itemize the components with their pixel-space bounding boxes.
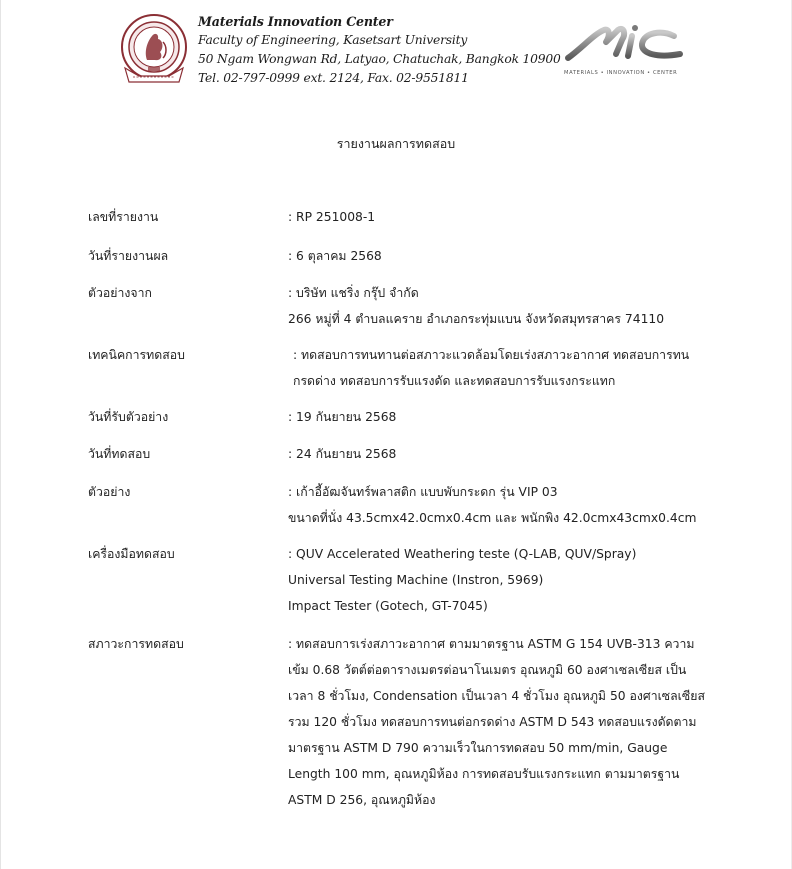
field-value: : QUV Accelerated Weathering teste (Q-LA… (288, 541, 708, 619)
field-value-line: ASTM D 256, อุณหภูมิห้อง (288, 787, 708, 813)
org-contact: Tel. 02-797-0999 ext. 2124, Fax. 02-9551… (198, 69, 561, 88)
field-value-line: : เก้าอี้อัฒจันทร์พลาสติก แบบพับกระดก รุ… (288, 479, 708, 505)
field-value: : ทดสอบการทนทานต่อสภาวะแวดล้อมโดยเร่งสภา… (293, 342, 713, 394)
field-value: : ทดสอบการเร่งสภาวะอากาศ ตามมาตรฐาน ASTM… (288, 631, 708, 813)
field-label: สภาวะการทดสอบ (88, 631, 184, 657)
field-value-line: : ทดสอบการเร่งสภาวะอากาศ ตามมาตรฐาน ASTM… (288, 631, 708, 657)
page-left-edge (0, 0, 1, 869)
field-value-line: : QUV Accelerated Weathering teste (Q-LA… (288, 541, 708, 567)
field-value-line: ขนาดที่นั่ง 43.5cmx42.0cmx0.4cm และ พนัก… (288, 505, 708, 531)
field-value-line: เวลา 8 ชั่วโมง, Condensation เป็นเวลา 4 … (288, 683, 708, 709)
field-value-line: 266 หมู่ที่ 4 ตำบลแคราย อำเภอกระทุ่มแบน … (288, 306, 708, 332)
university-seal-icon (119, 12, 189, 86)
field-value-line: รวม 120 ชั่วโมง ทดสอบการทนต่อกรดด่าง AST… (288, 709, 708, 735)
field-label: ตัวอย่างจาก (88, 280, 152, 306)
field-label: เทคนิคการทดสอบ (88, 342, 185, 368)
field-value-line: Universal Testing Machine (Instron, 5969… (288, 567, 708, 593)
field-value: : 19 กันยายน 2568 (288, 404, 708, 430)
field-value: : เก้าอี้อัฒจันทร์พลาสติก แบบพับกระดก รุ… (288, 479, 708, 531)
mic-logo-icon: MATERIALS • INNOVATION • CENTER (562, 22, 692, 78)
field-value-line: : RP 251008-1 (288, 204, 708, 230)
field-value: : RP 251008-1 (288, 204, 708, 230)
logo-subtitle: MATERIALS • INNOVATION • CENTER (564, 70, 677, 76)
field-value-line: : บริษัท แชริ่ง กรุ๊ป จำกัด (288, 280, 708, 306)
field-value: : 24 กันยายน 2568 (288, 441, 708, 467)
field-label: วันที่รับตัวอย่าง (88, 404, 168, 430)
field-label: วันที่ทดสอบ (88, 441, 150, 467)
org-name: Materials Innovation Center (198, 12, 561, 31)
field-value-line: : 6 ตุลาคม 2568 (288, 243, 708, 269)
field-label: เลขที่รายงาน (88, 204, 158, 230)
field-value-line: : 24 กันยายน 2568 (288, 441, 708, 467)
org-address: 50 Ngam Wongwan Rd, Latyao, Chatuchak, B… (198, 50, 561, 69)
field-label: วันที่รายงานผล (88, 243, 168, 269)
field-value: : บริษัท แชริ่ง กรุ๊ป จำกัด266 หมู่ที่ 4… (288, 280, 708, 332)
field-value-line: Impact Tester (Gotech, GT-7045) (288, 593, 708, 619)
field-value-line: เข้ม 0.68 วัตต์ต่อตารางเมตรต่อนาโนเมตร อ… (288, 657, 708, 683)
field-value-line: : ทดสอบการทนทานต่อสภาวะแวดล้อมโดยเร่งสภา… (293, 342, 713, 368)
field-value-line: กรดด่าง ทดสอบการรับแรงดัด และทดสอบการรับ… (293, 368, 713, 394)
field-value: : 6 ตุลาคม 2568 (288, 243, 708, 269)
document-title: รายงานผลการทดสอบ (0, 134, 792, 154)
field-value-line: มาตรฐาน ASTM D 790 ความเร็วในการทดสอบ 50… (288, 735, 708, 761)
org-faculty: Faculty of Engineering, Kasetsart Univer… (198, 31, 561, 50)
organization-header: Materials Innovation Center Faculty of E… (198, 12, 561, 88)
field-label: เครื่องมือทดสอบ (88, 541, 175, 567)
field-value-line: : 19 กันยายน 2568 (288, 404, 708, 430)
field-value-line: Length 100 mm, อุณหภูมิห้อง การทดสอบรับแ… (288, 761, 708, 787)
field-label: ตัวอย่าง (88, 479, 130, 505)
